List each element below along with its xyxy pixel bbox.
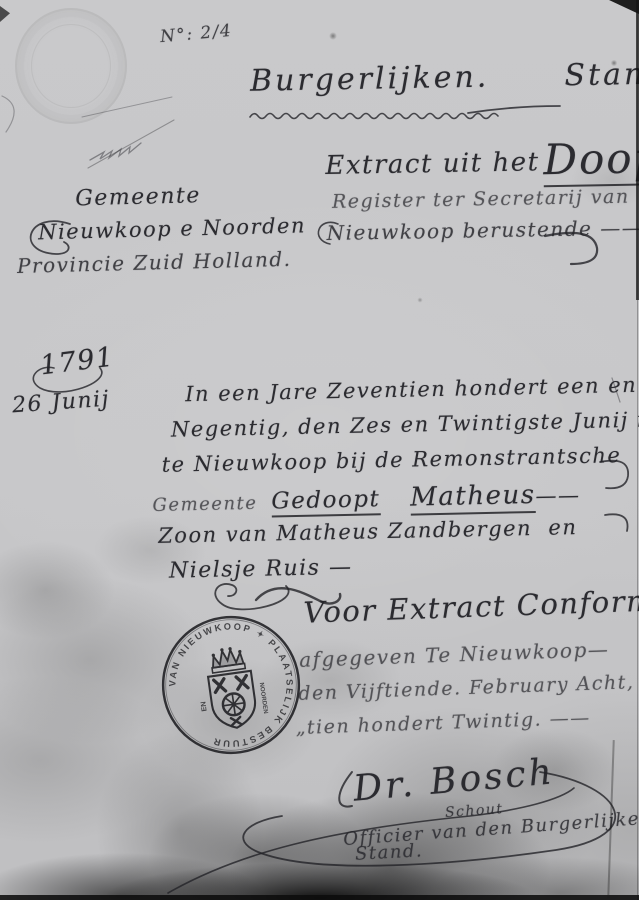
certification-line3: den Vijftiende. February Acht, (298, 671, 635, 705)
margin-date: 26 Junij (11, 387, 111, 419)
scan-edge-right-thin (637, 0, 638, 900)
pen-scribble-stroke (88, 120, 174, 168)
svg-text:VAN NIEUWKOOP ✦ PLAATSELIJK BE: VAN NIEUWKOOP ✦ PLAATSELIJK BESTUUR (160, 613, 303, 757)
body-line5: Zoon van Matheus Zandbergen en (158, 515, 578, 548)
extract-heading-line1: Extract uit het (325, 147, 540, 181)
extract-heading-line2: Register ter Secretarij van (332, 186, 630, 213)
certification-line4: „tien hondert Twintig. —— (295, 707, 591, 739)
body-line4-matheus: Matheus (410, 480, 536, 516)
stamp-inner-right-text: NOORDEN (258, 682, 269, 715)
margin-year: 1791 (38, 342, 116, 382)
signature-role3: Stand. (354, 840, 423, 865)
scan-corner-top-right (609, 0, 639, 14)
extract-heading-line3: Nieuwkoop berustende —— (326, 215, 639, 245)
doc-number: N°: 2/4 (159, 21, 233, 47)
scan-corner-top-left (0, 6, 10, 22)
stamp-wheel (222, 692, 246, 716)
title-underline-tail (468, 106, 560, 113)
municipal-stamp-seal: VAN NIEUWKOOP ✦ PLAATSELIJK BESTUUR EN N… (149, 603, 314, 768)
municipality-line2: Nieuwkoop e Noorden (38, 213, 306, 244)
scanned-document-page: N°: 2/4 Burgerlijken. Stand. Extract uit… (0, 0, 639, 900)
scan-edge-bottom (0, 895, 639, 900)
stamp-inner-left-text: EN (198, 701, 208, 712)
certification-line1: Voor Extract Conform (303, 583, 639, 629)
body-line5-hook (605, 514, 628, 531)
municipality-line3: Provincie Zuid Holland. (17, 247, 292, 278)
stamp-saltires (214, 676, 248, 693)
title-wavy-underline (250, 114, 498, 119)
embossed-seal (15, 8, 127, 124)
page-title: Burgerlijken. Stand. (250, 56, 639, 99)
left-edge-curve (2, 96, 14, 132)
certification-line2: afgegeven Te Nieuwkoop— (299, 637, 610, 672)
body-line1: In een Jare Zeventien hondert een en (185, 373, 637, 406)
stamp-bottom-saltire (231, 717, 241, 725)
body-line6: Nielsje Ruis — (169, 555, 353, 584)
body-line4-gedoopt: Gedoopt (271, 486, 380, 517)
body-line4: GemeenteGedooptMatheus—— (152, 479, 581, 518)
signature-name: Dr. Bosch (352, 751, 557, 809)
pen-scribble (90, 143, 141, 160)
embossed-seal-inner-ring (31, 24, 111, 108)
municipality-line1: Gemeente (75, 183, 201, 211)
body-line4-gemeente: Gemeente (152, 493, 257, 516)
body-line2: Negentig, den Zes en Twintigste Junij is (171, 407, 639, 441)
body-line4-dash: —— (535, 483, 580, 508)
signature-initial-stroke (339, 772, 352, 807)
stamp-ring-text: VAN NIEUWKOOP ✦ PLAATSELIJK BESTUUR (160, 613, 303, 757)
body-line3: te Nieuwkoop bij de Remonstrantsche (161, 443, 621, 477)
extract-heading-doop-word: Doop (543, 133, 639, 187)
stamp-inner-ring (157, 611, 304, 758)
